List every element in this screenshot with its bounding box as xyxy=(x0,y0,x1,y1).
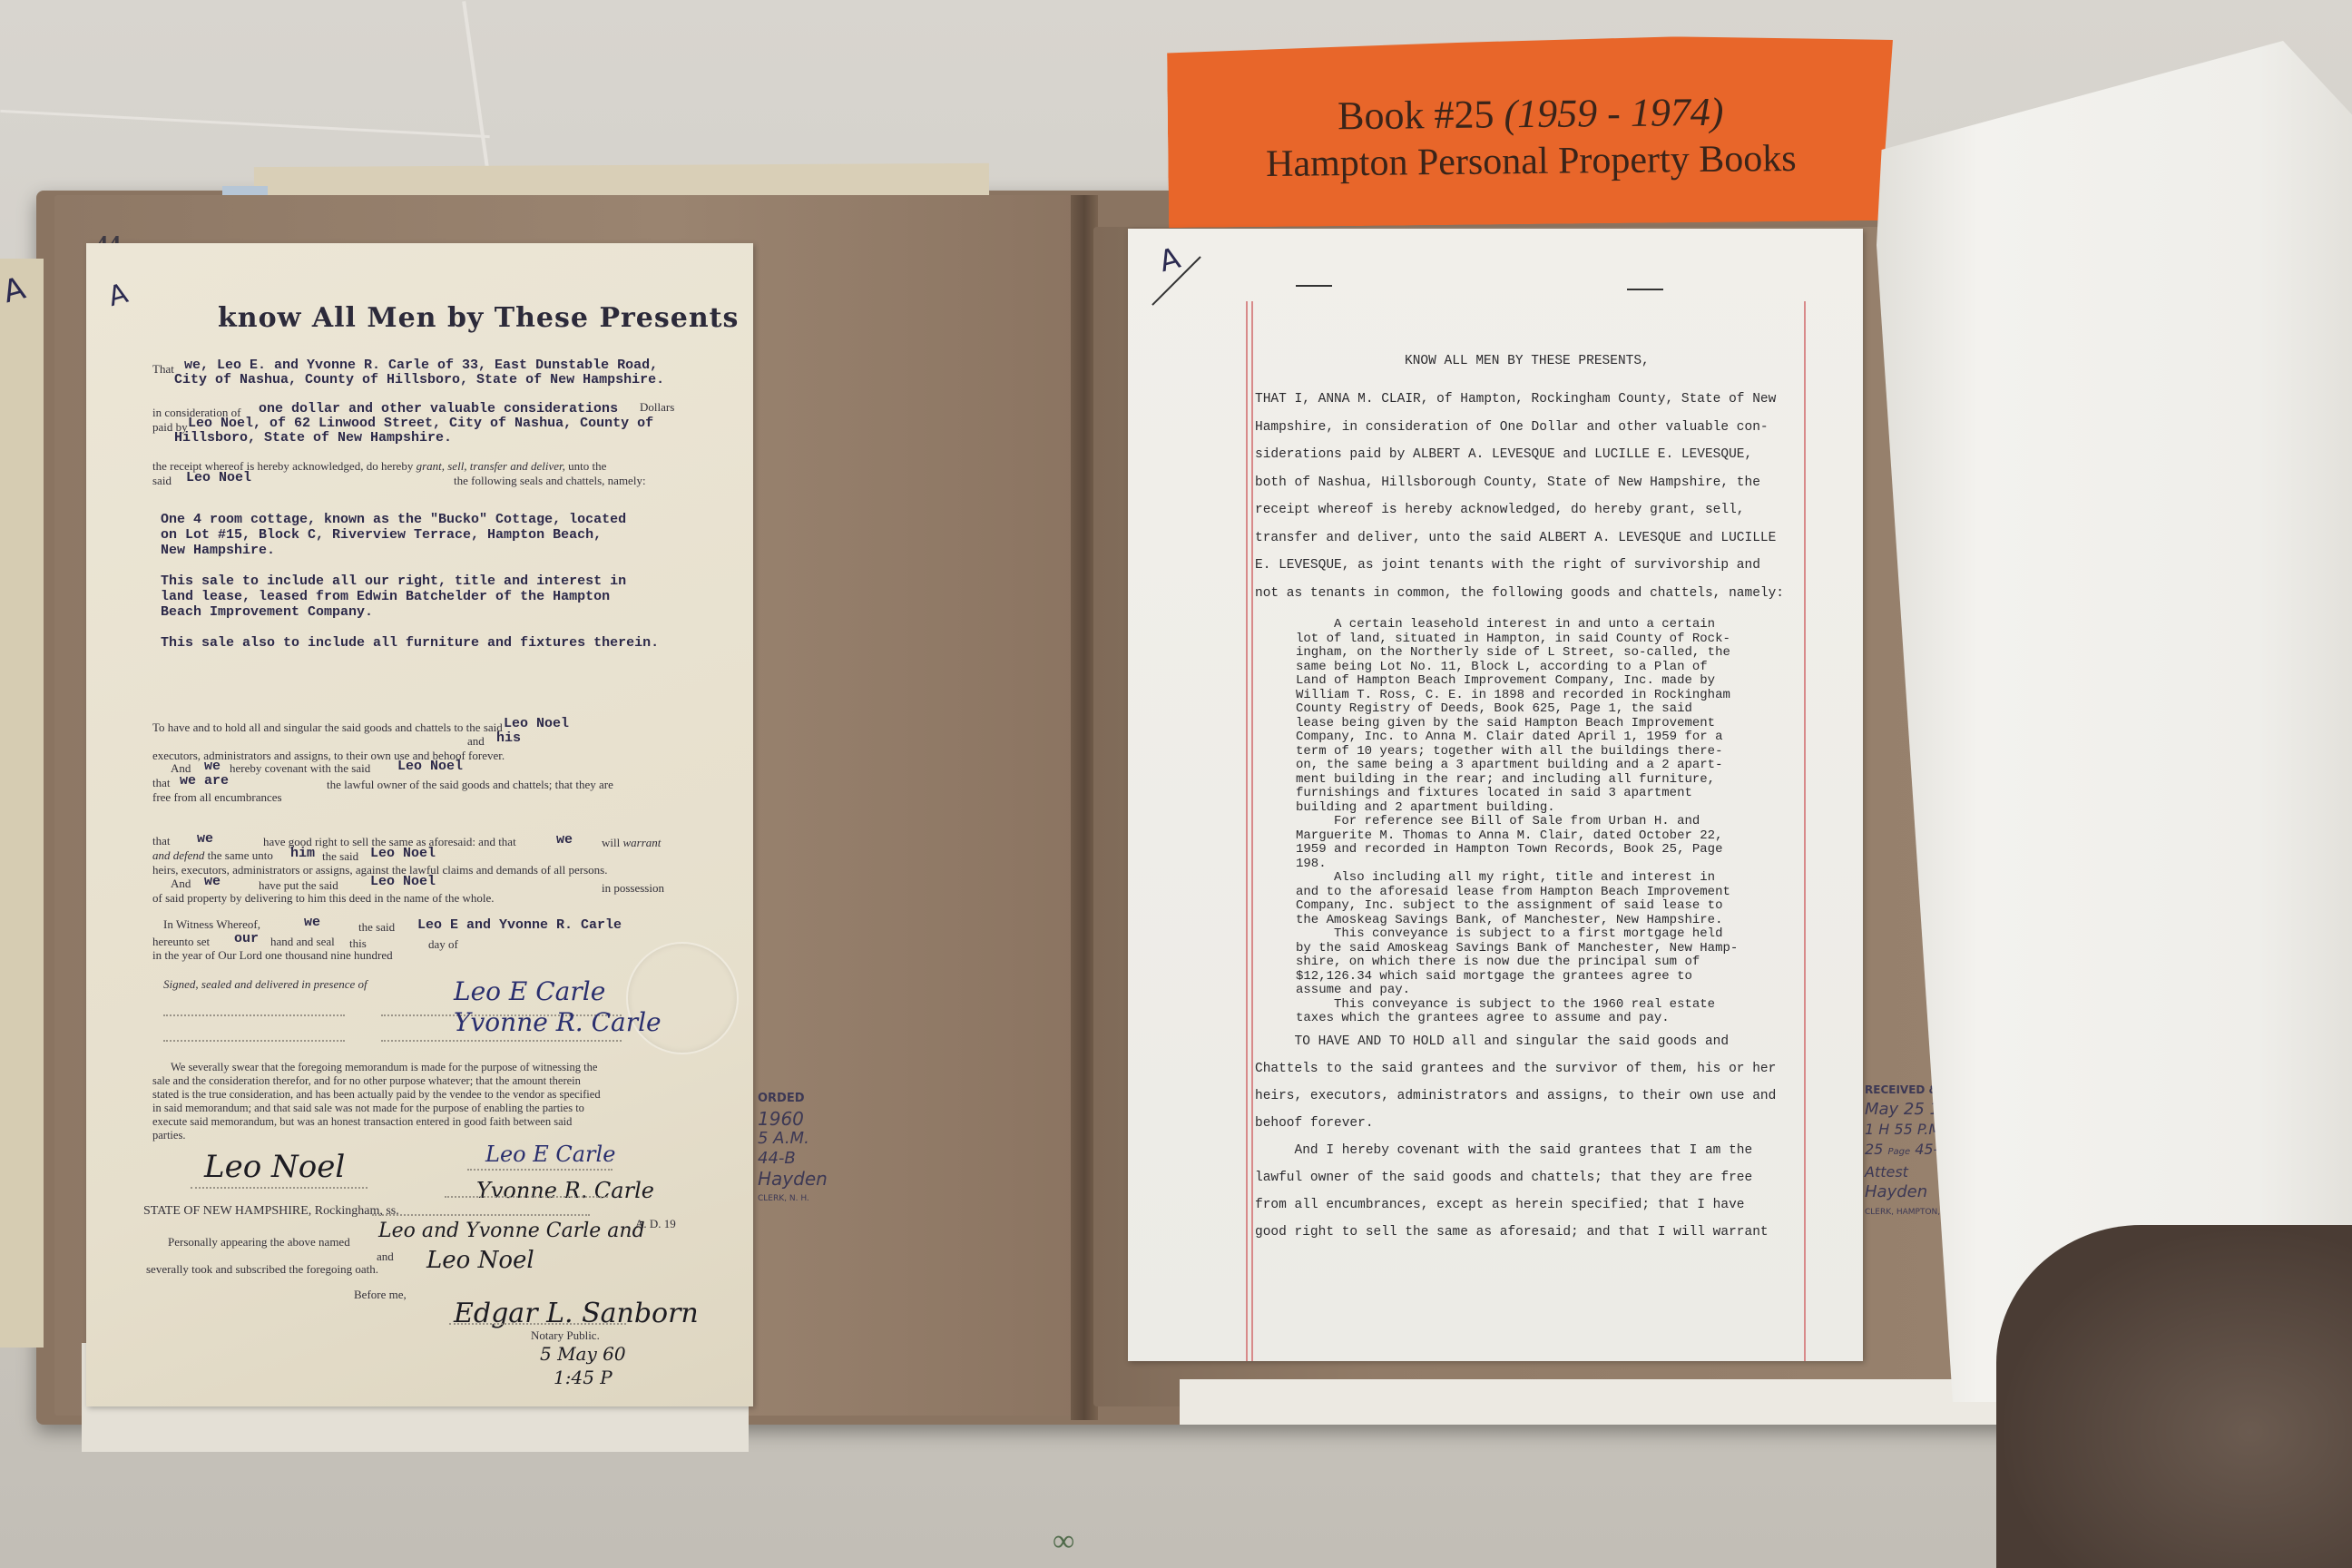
text-line: heirs, executors, administrators and ass… xyxy=(1255,1089,1776,1103)
book-number: Book #25 xyxy=(1338,92,1494,138)
text-line: $12,126.34 which said mortgage the grant… xyxy=(1296,969,1692,984)
said-label: said xyxy=(152,473,171,488)
signature-line xyxy=(445,1196,608,1198)
text-line: 1959 and recorded in Hampton Town Record… xyxy=(1296,842,1722,857)
text-line: behoof forever. xyxy=(1255,1116,1374,1131)
personally-text: Personally appearing the above named xyxy=(168,1234,350,1249)
text-line: and to the aforesaid lease from Hampton … xyxy=(1296,885,1730,899)
we-label: we xyxy=(204,759,220,774)
paper-clip-icon: ∞ xyxy=(1053,1524,1074,1559)
text-line: A certain leasehold interest in and unto… xyxy=(1296,617,1715,632)
notary-line xyxy=(449,1323,626,1325)
underlying-sheet xyxy=(1180,1379,1996,1425)
we-label: we xyxy=(204,874,220,889)
text-line: taxes which the grantees agree to assume… xyxy=(1296,1011,1670,1025)
stamp-page-label: Page xyxy=(1887,1147,1910,1157)
handwritten-date: 5 May 60 xyxy=(540,1343,626,1365)
text-line: transfer and deliver, unto the said ALBE… xyxy=(1255,531,1776,545)
handwritten-names: Leo and Yvonne Carle and xyxy=(378,1220,645,1242)
side-tab-page xyxy=(0,259,44,1347)
text-line: by the said Amoskeag Savings Bank of Man… xyxy=(1296,941,1738,955)
oath-line: parties. xyxy=(152,1128,185,1143)
stamp-header: ORDED xyxy=(758,1089,828,1109)
signature-line xyxy=(467,1169,612,1171)
text-line: term of 10 years; together with all the … xyxy=(1296,744,1722,759)
signature-line xyxy=(381,1040,622,1042)
text-line: shire, on which there is now due the pri… xyxy=(1296,955,1700,969)
witness-label: In Witness Whereof, xyxy=(163,916,260,932)
right-margin-line xyxy=(1804,301,1806,1361)
text-line: building and 2 apartment building. xyxy=(1296,800,1555,815)
text-line: both of Nashua, Hillsborough County, Sta… xyxy=(1255,475,1760,490)
right-bill-of-sale: A KNOW ALL MEN BY THESE PRESENTS, THAT I… xyxy=(1128,229,1863,1361)
stamp-year: 1960 xyxy=(758,1109,828,1129)
text-line: Land of Hampton Beach Improvement Compan… xyxy=(1296,673,1715,688)
signature-yvonne-carle: Yvonne R. Carle xyxy=(454,1007,661,1037)
header-dash xyxy=(1296,285,1332,287)
text-line: furnishings and fixtures located in said… xyxy=(1296,786,1692,800)
text-line: Also including all my right, title and i… xyxy=(1296,870,1715,885)
said-name: Leo Noel xyxy=(186,470,251,485)
that-label: that xyxy=(152,833,171,848)
text-line: William T. Ross, C. E. in 1898 and recor… xyxy=(1296,688,1730,702)
covenant-text: hereby covenant with the said xyxy=(230,760,370,776)
covenant-name: Leo Noel xyxy=(397,759,463,774)
header-dash xyxy=(1627,289,1663,290)
and-label: and xyxy=(377,1249,394,1264)
witness-names: Leo E and Yvonne R. Carle xyxy=(417,917,622,933)
text-line: ment building in the rear; and including… xyxy=(1296,772,1715,787)
consideration: one dollar and other valuable considerat… xyxy=(259,401,618,416)
text-line: E. LEVESQUE, as joint tenants with the r… xyxy=(1255,558,1760,573)
text-line: good right to sell the same as aforesaid… xyxy=(1255,1225,1769,1240)
item-line: on Lot #15, Block C, Riverview Terrace, … xyxy=(161,527,602,543)
hand-holding-page xyxy=(1996,1225,2352,1568)
receipt-italic: grant, sell, transfer and deliver, xyxy=(416,459,565,473)
text-line: Company, Inc. to Anna M. Clair dated Apr… xyxy=(1296,730,1722,744)
and-defend-label: and defend xyxy=(152,848,204,862)
stamp-book: 25 xyxy=(1865,1141,1883,1158)
corner-mark: A xyxy=(105,278,132,313)
to-have-name: Leo Noel xyxy=(504,716,569,731)
corner-mark: A xyxy=(1155,240,1183,279)
book-label-line2: Hampton Personal Property Books xyxy=(1168,136,1894,187)
stamp-footer: CLERK, N. H. xyxy=(758,1189,828,1209)
text-line: lease being given by the said Hampton Be… xyxy=(1296,716,1715,730)
text-line: 198. xyxy=(1296,857,1327,871)
date-line xyxy=(372,1214,590,1216)
text-line: County Registry of Deeds, Book 625, Page… xyxy=(1296,701,1692,716)
book-years: (1959 - 1974) xyxy=(1504,90,1723,137)
warrant-label: warrant xyxy=(622,836,661,849)
put-name: Leo Noel xyxy=(370,874,436,889)
text-line: not as tenants in common, the following … xyxy=(1255,586,1784,601)
grantee: Leo Noel, of 62 Linwood Street, City of … xyxy=(188,416,653,431)
notary-public-label: Notary Public. xyxy=(531,1328,600,1343)
signature-yvonne-carle-2: Yvonne R. Carle xyxy=(476,1178,654,1203)
book-label: Book #25 (1959 - 1974) Hampton Personal … xyxy=(1167,34,1895,228)
stamp-time: 5 A.M. xyxy=(758,1129,828,1149)
text-line: TO HAVE AND TO HOLD all and singular the… xyxy=(1255,1034,1729,1049)
left-margin-line xyxy=(1251,301,1253,1361)
item-line: land lease, leased from Edwin Batchelder… xyxy=(161,589,610,604)
signature-line xyxy=(191,1187,367,1189)
that-label: that xyxy=(152,775,171,790)
to-have-text: To have and to hold all and singular the… xyxy=(152,720,503,735)
we-label: we xyxy=(197,831,213,847)
same-unto-label: the same unto xyxy=(208,848,273,862)
text-line: receipt whereof is hereby acknowledged, … xyxy=(1255,503,1745,517)
before-me-text: Before me, xyxy=(354,1287,407,1302)
handwritten-leo-noel: Leo Noel xyxy=(426,1247,534,1274)
item-line: New Hampshire. xyxy=(161,543,275,558)
year-text: in the year of Our Lord one thousand nin… xyxy=(152,947,393,963)
text-line: And I hereby covenant with the said gran… xyxy=(1255,1143,1752,1158)
stamp-signature: Hayden xyxy=(758,1169,828,1189)
oath-line: execute said memorandum, but was an hone… xyxy=(152,1114,572,1130)
text-line: from all encumbrances, except as herein … xyxy=(1255,1198,1745,1212)
text-line: lawful owner of the said goods and chatt… xyxy=(1255,1171,1752,1185)
text-line: same being Lot No. 11, Block L, accordin… xyxy=(1296,660,1708,674)
text-line: Chattels to the said grantees and the su… xyxy=(1255,1062,1776,1076)
we-are-label: we are xyxy=(180,773,229,789)
text-line: siderations paid by ALBERT A. LEVESQUE a… xyxy=(1255,447,1752,462)
left-bill-of-sale: A know All Men by These Presents That we… xyxy=(86,243,753,1406)
left-margin-line xyxy=(1246,301,1248,1361)
item-line: Beach Improvement Company. xyxy=(161,604,373,620)
text-line: For reference see Bill of Sale from Urba… xyxy=(1296,814,1700,828)
defend-name: Leo Noel xyxy=(370,846,436,861)
his-label: his xyxy=(496,730,521,746)
text-line: THAT I, ANNA M. CLAIR, of Hampton, Rocki… xyxy=(1255,392,1776,407)
item-line: This sale also to include all furniture … xyxy=(161,635,659,651)
stamp-page: 44-B xyxy=(758,1149,828,1169)
witness-line xyxy=(163,1014,345,1016)
witness-line xyxy=(163,1040,345,1042)
and-label: and xyxy=(467,733,485,749)
text-line: This conveyance is subject to a first mo… xyxy=(1296,926,1722,941)
document-title: KNOW ALL MEN BY THESE PRESENTS, xyxy=(1405,354,1650,368)
we-label: we xyxy=(304,915,320,930)
that-label: That xyxy=(152,361,174,377)
severally-text: severally took and subscribed the forego… xyxy=(146,1261,378,1277)
will-label: will xyxy=(602,836,620,849)
handwritten-time: 1:45 P xyxy=(554,1367,612,1388)
text-line: ingham, on the Northerly side of L Stree… xyxy=(1296,645,1730,660)
text-line: Marguerite M. Thomas to Anna M. Clair, d… xyxy=(1296,828,1722,843)
him-label: him xyxy=(290,846,315,861)
the-said-label: the said xyxy=(358,919,395,935)
document-title: know All Men by These Presents xyxy=(218,302,739,334)
embossed-notary-seal xyxy=(626,942,739,1054)
grantors: we, Leo E. and Yvonne R. Carle of 33, Ea… xyxy=(184,358,658,373)
signed-sealed-text: Signed, sealed and delivered in presence… xyxy=(163,976,367,992)
signature-leo-carle-2: Leo E Carle xyxy=(485,1142,615,1167)
in-possession-text: in possession xyxy=(602,880,664,896)
our-label: our xyxy=(234,931,259,946)
following-text: the following seals and chattels, namely… xyxy=(454,473,646,488)
lawful-owner-text: the lawful owner of the said goods and c… xyxy=(327,777,613,792)
item-line: One 4 room cottage, known as the "Bucko"… xyxy=(161,512,626,527)
signature-leo-carle: Leo E Carle xyxy=(454,976,605,1006)
we-label: we xyxy=(556,832,573,848)
text-line: Hampshire, in consideration of One Dolla… xyxy=(1255,420,1769,435)
book-label-line1: Book #25 (1959 - 1974) xyxy=(1168,87,1894,141)
text-line: the Amoskeag Savings Bank, of Manchester… xyxy=(1296,913,1722,927)
grantors-address: City of Nashua, County of Hillsboro, Sta… xyxy=(174,372,664,387)
signature-leo-noel: Leo Noel xyxy=(204,1149,345,1185)
recorded-stamp-left: ORDED 1960 5 A.M. 44-B Hayden CLERK, N. … xyxy=(758,1089,828,1209)
and-label: And xyxy=(171,876,191,891)
text-line: on, the same being a 3 apartment buildin… xyxy=(1296,758,1722,772)
text-line: lot of land, situated in Hampton, in sai… xyxy=(1296,632,1730,646)
item-line: This sale to include all our right, titl… xyxy=(161,573,626,589)
text-line: assume and pay. xyxy=(1296,983,1410,997)
of-said-text: of said property by delivering to him th… xyxy=(152,890,495,906)
text-line: This conveyance is subject to the 1960 r… xyxy=(1296,997,1715,1012)
grantee-address: Hillsboro, State of New Hampshire. xyxy=(174,430,452,446)
receipt-text-end: unto the xyxy=(568,459,606,473)
free-from-text: free from all encumbrances xyxy=(152,789,282,805)
state-county: STATE OF NEW HAMPSHIRE, Rockingham, ss. xyxy=(143,1203,399,1219)
dollars-label: Dollars xyxy=(640,399,674,415)
text-line: Company, Inc. subject to the assignment … xyxy=(1296,898,1722,913)
day-of-label: day of xyxy=(428,936,458,952)
